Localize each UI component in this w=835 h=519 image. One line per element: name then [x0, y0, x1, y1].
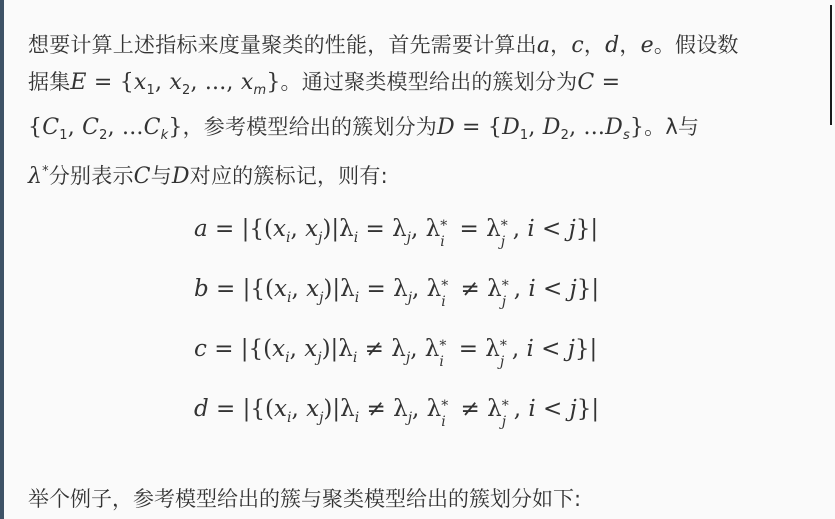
- math-C: C: [42, 115, 59, 140]
- math-op: }: [630, 115, 644, 140]
- math-D: D: [172, 164, 190, 189]
- eq-lhs: b: [194, 276, 209, 302]
- equation-b: b = |{(xi, xj)|λi = λj, λ*i ≠ λ*j, i < j…: [194, 276, 599, 316]
- math-var-e: e: [641, 33, 654, 58]
- paragraph-line-3: {C1, C2, ...Ck}，参考模型给出的簇划分为D = {D1, D2, …: [28, 109, 828, 154]
- text-span: 。假设数: [654, 33, 739, 57]
- math-var-C: C: [577, 70, 594, 95]
- equation-d: d = |{(xi, xj)|λi ≠ λj, λ*i ≠ λ*j, i < j…: [194, 396, 599, 436]
- left-border-bar: [0, 0, 4, 519]
- eq-op2: ≠: [461, 276, 480, 302]
- math-C: C: [82, 115, 99, 140]
- eq-op2: ≠: [461, 396, 480, 422]
- article-content: 想要计算上述指标来度量聚类的性能，首先需要计算出a，c，d，e。假设数 据集E …: [28, 27, 828, 195]
- math-op: , ...,: [190, 70, 240, 95]
- math-op: = {: [87, 70, 134, 95]
- math-op: ,: [528, 115, 542, 140]
- math-sub: s: [623, 128, 630, 143]
- eq-op1: ≠: [365, 336, 384, 362]
- text-span: 对应的簇标记，则有:: [190, 164, 388, 188]
- text-span: 。λ与: [644, 115, 699, 139]
- sep: ，: [619, 33, 640, 57]
- math-op: =: [594, 70, 620, 95]
- math-op: = {: [455, 115, 502, 140]
- math-x: x: [134, 70, 147, 95]
- math-D: D: [543, 115, 561, 140]
- equation-c: c = |{(xi, xj)|λi ≠ λj, λ*i = λ*j, i < j…: [194, 336, 597, 376]
- math-D: D: [605, 115, 623, 140]
- text-span: 。通过聚类模型给出的簇划分为: [281, 70, 578, 94]
- math-C: C: [134, 164, 151, 189]
- math-set-E: E: [70, 70, 86, 95]
- eq-op2: =: [459, 336, 478, 362]
- math-sub: m: [253, 83, 266, 98]
- equation-a: a = |{(xi, xj)|λi = λj, λ*i = λ*j, i < j…: [194, 216, 598, 256]
- paragraph-line-2: 据集E = {x1, x2, ..., xm}。通过聚类模型给出的簇划分为C =: [28, 64, 828, 109]
- math-D: D: [502, 115, 520, 140]
- eq-lhs: c: [194, 336, 207, 362]
- text-span: ，参考模型给出的簇划分为: [183, 115, 437, 139]
- paragraph-line-1: 想要计算上述指标来度量聚类的性能，首先需要计算出a，c，d，e。假设数: [28, 27, 828, 64]
- math-op: }: [266, 70, 280, 95]
- math-sub: 1: [59, 128, 67, 143]
- text-span: 想要计算上述指标来度量聚类的性能，首先需要计算出: [28, 33, 537, 57]
- math-op: ,: [155, 70, 169, 95]
- text-span: 分别表示: [49, 164, 134, 188]
- math-C: C: [144, 115, 161, 140]
- paragraph-line-4: λ*分别表示C与D对应的簇标记，则有:: [28, 154, 828, 195]
- math-var-c: c: [571, 33, 584, 58]
- text-span: 据集: [28, 70, 70, 94]
- math-sub: 2: [561, 128, 569, 143]
- text-span: 与: [151, 164, 172, 188]
- eq-op1: ≠: [367, 396, 386, 422]
- scroll-indicator-line: [830, 5, 832, 125]
- paragraph-example: 举个例子，参考模型给出的簇与聚类模型给出的簇划分如下:: [28, 481, 581, 517]
- math-D: D: [437, 115, 455, 140]
- math-x: x: [169, 70, 182, 95]
- math-var-a: a: [537, 33, 550, 58]
- eq-op2: =: [460, 216, 479, 242]
- math-sub: 2: [99, 128, 107, 143]
- math-var-d: d: [605, 33, 619, 58]
- eq-lhs: a: [194, 216, 208, 242]
- math-lambda: λ: [28, 164, 42, 189]
- math-op: , ...: [569, 115, 605, 140]
- math-op: ,: [68, 115, 82, 140]
- sep: ，: [550, 33, 571, 57]
- math-x: x: [241, 70, 254, 95]
- sep: ，: [584, 33, 605, 57]
- math-op: , ...: [108, 115, 144, 140]
- eq-lhs: d: [194, 396, 209, 422]
- eq-op1: =: [367, 276, 386, 302]
- math-star: *: [42, 164, 49, 179]
- math-op: }: [168, 115, 182, 140]
- math-op: {: [28, 115, 42, 140]
- math-sub: 1: [147, 83, 155, 98]
- eq-op1: =: [366, 216, 385, 242]
